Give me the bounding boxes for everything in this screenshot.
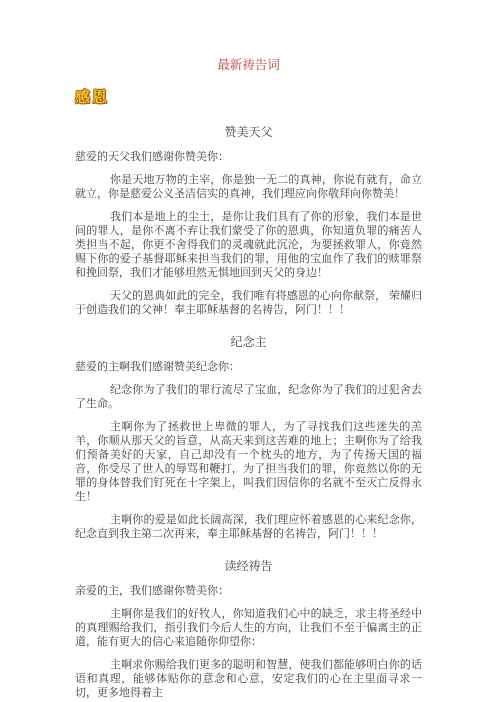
paragraph: 主啊你为了拯救世上卑微的罪人，为了寻找我们这些迷失的羔羊，你顺从那天父的旨意，从… <box>75 420 422 504</box>
section-heading: 读经祷告 <box>75 559 422 574</box>
salutation: 亲爱的主，我们感谢你赞美你： <box>75 584 422 598</box>
section-remember-lord: 纪念主 慈爱的主啊我们感谢赞美纪念你： 纪念你为了我们的罪行流尽了宝血，纪念你为… <box>75 335 422 541</box>
paragraph: 天父的恩典如此的完全，我们唯有将感恩的心向你献祭， 荣耀归于创造我们的父神！奉主… <box>75 289 422 317</box>
section-heading: 纪念主 <box>75 335 422 350</box>
section-heading: 赞美天父 <box>75 125 422 140</box>
paragraph: 你是天地万物的主宰，你是独一无二的真神，你说有就有，命立就立，你是慈爱公义圣洁信… <box>75 173 422 201</box>
paragraph: 主啊你是我们的好牧人，你知道我们心中的缺乏，求主将圣经中的真理赐给我们，指引我们… <box>75 607 422 649</box>
paragraph: 我们本是地上的尘土，是你让我们具有了你的形象，我们本是世间的罪人，是你不离不弃让… <box>75 210 422 280</box>
section-scripture-prayer: 读经祷告 亲爱的主，我们感谢你赞美你： 主啊你是我们的好牧人，你知道我们心中的缺… <box>75 559 422 700</box>
paragraph: 主啊你的爱是如此长阔高深，我们理应怀着感恩的心来纪念你，纪念直到我主第二次再来，… <box>75 513 422 541</box>
document-title: 最新祷告词 <box>75 58 422 73</box>
salutation: 慈爱的主啊我们感谢赞美纪念你： <box>75 360 422 374</box>
document-page: 最新祷告词 感恩 赞美天父 慈爱的天父我们感谢你赞美你： 你是天地万物的主宰，你… <box>0 0 496 702</box>
salutation: 慈爱的天父我们感谢你赞美你： <box>75 150 422 164</box>
thanksgiving-wordart-icon: 感恩 <box>75 87 109 107</box>
paragraph: 主啊求你赐给我们更多的聪明和智慧，使我们都能够明白你的话语和真理，能够体贴你的意… <box>75 658 422 700</box>
badge-row: 感恩 <box>75 87 422 107</box>
paragraph: 纪念你为了我们的罪行流尽了宝血，纪念你为了我们的过犯舍去了生命。 <box>75 383 422 411</box>
section-praise-father: 赞美天父 慈爱的天父我们感谢你赞美你： 你是天地万物的主宰，你是独一无二的真神，… <box>75 125 422 317</box>
